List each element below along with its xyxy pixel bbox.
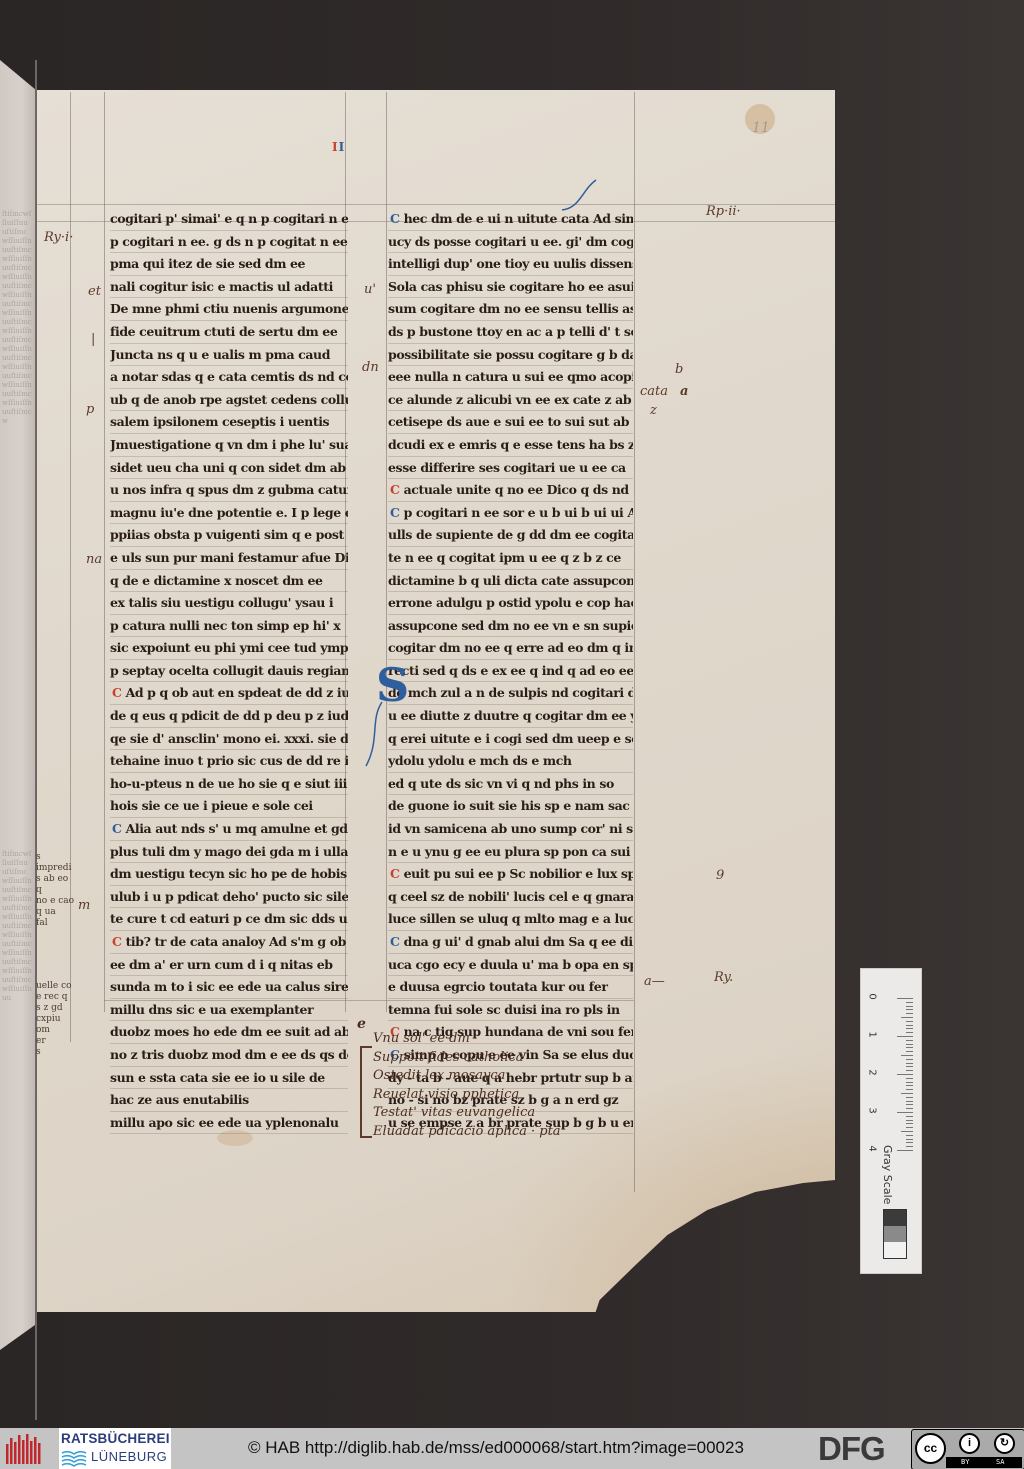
text-line: luce sillen se uluq q mlto mag e a luc: [388, 908, 633, 931]
scale-tick: [906, 1108, 913, 1109]
text-line: ydolu ydolu e mch ds e mch: [388, 750, 633, 773]
text-line-content: p catura nulli nec ton simp ep hi' x: [110, 618, 340, 633]
text-line-content: errone adulgu p ostid ypolu e cop hac: [388, 595, 633, 610]
attribution-icon: i: [959, 1433, 980, 1454]
text-line-content: ho-u-pteus n de ue ho sie q e siut iii: [110, 776, 347, 791]
text-line: a notar sdas q e cata cemtis ds nd ce vi…: [110, 366, 348, 389]
scale-tick: [906, 1047, 913, 1048]
text-line: sigmo i io u emita ab ecit plato sicde: [110, 1134, 348, 1138]
text-line-content: possibilitate sie possu cogitare g b dat…: [388, 347, 633, 362]
text-line-content: ed q ute ds sic vn vi q nd phs in so: [388, 776, 614, 791]
scale-tick: [906, 1135, 913, 1136]
bottom-note-line: Reuelat visio pphetica: [355, 1086, 561, 1105]
text-line: esse differire ses cogitari ue u ee ca: [388, 457, 633, 480]
scale-tick: [906, 1127, 913, 1128]
text-line: CAd p q ob aut en spdeat de dd z iude: [110, 682, 348, 705]
scale-tick: [906, 1028, 913, 1029]
scale-tick: [906, 1063, 913, 1064]
text-line: e duusa egrcio toutata kur ou fer: [388, 976, 633, 999]
cc-by-label: BY: [961, 1458, 969, 1466]
text-line-content: tehaine inuo t prio sic cus de dd re ict…: [110, 753, 348, 768]
offset-note-line: s z gd: [36, 1003, 76, 1014]
scale-tick: [906, 1116, 913, 1117]
text-line: Cdna g ui' d gnab alui dm Sa q ee di: [388, 931, 633, 954]
scale-tick: [897, 1074, 913, 1075]
text-line-content: p septay ocelta collugit dauis regiame: [110, 663, 348, 678]
scale-number: 4: [867, 1145, 878, 1151]
text-line-content: qe sie d' ansclin' mono ei. xxxi. sie di…: [110, 731, 348, 746]
text-line-content: Sola cas phisu sie cogitare ho ee asui s…: [388, 279, 633, 294]
text-line: ed q ute ds sic vn vi q nd phs in so: [388, 773, 633, 796]
text-line-content: actuale unite q no ee Dico q ds nd: [404, 482, 629, 497]
text-line: ce alunde z alicubi vn ee ex cate z ab e…: [388, 389, 633, 412]
text-line-content: p cogitari n ee. g ds n p cogitat n ee. …: [110, 234, 348, 249]
text-line-content: ulub i u p pdicat deho' pucto sic sile e: [110, 889, 348, 904]
text-line: q erei uitute e i cogi sed dm ueep e sey…: [388, 728, 633, 751]
text-line: ppiias obsta p vuigenti sim q e post: [110, 524, 348, 547]
text-line: ulls de supiente de g dd dm ee cogita: [388, 524, 633, 547]
cc-sa-label: SA: [996, 1458, 1004, 1466]
text-line-content: sum cogitare dm no ee sensu tellis assen…: [388, 301, 633, 316]
scale-tick: [906, 1142, 913, 1143]
scale-tick: [901, 1017, 913, 1018]
margin-note: et: [88, 284, 101, 299]
text-line-content: salem ipsilonem ceseptis i uentis: [110, 414, 329, 429]
text-line: ub q de anob rpe agstet cedens collugr: [110, 389, 348, 412]
text-line-content: cogitar dm no ee q erre ad eo dm q inche: [388, 640, 633, 655]
scale-tick: [897, 1150, 913, 1151]
text-line-content: sun e ssta cata sie ee io u sile de: [110, 1070, 325, 1085]
scale-tick: [906, 1123, 913, 1124]
text-line: p catura nulli nec ton simp ep hi' x: [110, 615, 348, 638]
text-line: sunda m to i sic ee ede ua calus sire fi…: [110, 976, 348, 999]
text-line-content: duobz moes ho ede dm ee suit ad aber: [110, 1024, 348, 1039]
text-line: CAlia aut nds s' u mq amulne et gdi: [110, 818, 348, 841]
bottom-note-line: Suppoit fides catholica: [355, 1049, 561, 1068]
text-line: Jmuestigatione q vn dm i phe lu' sua: [110, 434, 348, 457]
text-line-content: ydolu ydolu e mch ds e mch: [388, 753, 572, 768]
swatch-dark: [884, 1210, 906, 1226]
scale-tick: [906, 1032, 913, 1033]
scale-tick: [906, 1013, 913, 1014]
text-line-content: ce alunde z alicubi vn ee ex cate z ab e…: [388, 392, 633, 407]
colored-initial: C: [110, 931, 124, 953]
text-line: n e u ynu g ee eu plura sp pon ca sui ca…: [388, 841, 633, 864]
dfg-logo[interactable]: DFG: [818, 1431, 885, 1467]
text-line: Juncta ns q u e ualis m pma caud: [110, 344, 348, 367]
text-line: magnu iu'e dne potentie e. I p lege er: [110, 502, 348, 525]
text-line-content: tib? tr de cata analoy Ad s'm g ob: [126, 934, 346, 949]
bottom-note: e Vnu sol' ee dmSuppoit fides catholicaO…: [355, 1018, 561, 1141]
margin-note: a: [680, 384, 688, 399]
text-line: hac ze aus enutabilis: [110, 1089, 348, 1112]
library-name-top: RATSBÜCHEREI: [61, 1431, 170, 1446]
text-line: Cactuale unite q no ee Dico q ds nd: [388, 479, 633, 502]
text-line-content: te cure t cd eaturi p ce dm sic dds u: [110, 911, 347, 926]
scale-tick: [906, 1059, 913, 1060]
text-line-content: De mne phmi ctiu nuenis argumone: [110, 301, 348, 316]
text-line: q ceel sz de nobili' lucis cel e q gnara…: [388, 886, 633, 909]
margin-note: dn: [362, 360, 379, 375]
colored-initial: C: [388, 931, 402, 953]
text-line-content: q de e dictamine x noscet dm ee: [110, 573, 323, 588]
scale-tick: [906, 1051, 913, 1052]
scale-tick: [901, 1093, 913, 1094]
margin-note: na: [86, 552, 102, 567]
text-line: q de e dictamine x noscet dm ee: [110, 570, 348, 593]
scale-tick: [906, 1070, 913, 1071]
text-line-content: no z tris duobz mod dm e ee ds qs de: [110, 1047, 348, 1062]
text-line: sidet ueu cha uni q con sidet dm ab ut a…: [110, 457, 348, 480]
text-line-content: sidet ueu cha uni q con sidet dm ab ut a…: [110, 460, 348, 475]
text-line: millu apo sic ee ede ua yplenonalu: [110, 1112, 348, 1135]
scale-tick: [906, 1139, 913, 1140]
text-line: pma qui itez de sie sed dm ee: [110, 253, 348, 276]
text-line: te cure t cd eaturi p ce dm sic dds u: [110, 908, 348, 931]
text-line-content: ucy ds posse cogitari u ee. gi' dm cogi …: [388, 234, 633, 249]
text-line-content: dm uestigu tecyn sic ho pe de hobis: [110, 866, 347, 881]
offset-note-line: om: [36, 1025, 76, 1036]
text-line-content: p cogitari n ee sor e u b ui b ui ui Ad: [404, 505, 633, 520]
text-line-content: pma qui itez de sie sed dm ee: [110, 256, 305, 271]
margin-note: u': [364, 282, 376, 297]
bottom-note-bracket: [360, 1046, 372, 1138]
initial-flourish-top: [560, 178, 600, 214]
ghost-text: ſtiſmcwſſiuiſſnuuſtiſmcwſſiuiſſnuuſtiſmc…: [2, 210, 32, 510]
swatch-light: [884, 1242, 906, 1258]
text-line-content: te n ee q cogitat ipm u ee q z b z ce: [388, 550, 621, 565]
text-line: plus tuli dm y mago dei gda m i ulla: [110, 841, 348, 864]
leaf-edge-line: [35, 60, 37, 1420]
bottom-note-line: Testat' vitas euvangelica: [355, 1104, 561, 1123]
scale-tick: [897, 1036, 913, 1037]
text-line-content: ex talis siu uestigu collugu' ysau i: [110, 595, 333, 610]
text-line-content: esse differire ses cogitari ue u ee ca: [388, 460, 626, 475]
text-line: sic expoiunt eu phi ymi cee tud ymp: [110, 637, 348, 660]
text-line-content: u nos infra q spus dm z gubma cature: [110, 482, 348, 497]
scale-tick: [906, 1021, 913, 1022]
text-column-right: Chec dm de e ui n uitute cata Ad sim q u…: [388, 208, 633, 1138]
text-line-content: sic expoiunt eu phi ymi cee tud ymp: [110, 640, 348, 655]
text-line-content: ulls de supiente de g dd dm ee cogita: [388, 527, 633, 542]
scale-tick: [906, 1120, 913, 1121]
margin-note: b: [675, 362, 683, 377]
text-line-content: recti sed q ds e ex ee q ind q ad eo ee: [388, 663, 633, 678]
offset-note-line: s: [36, 1047, 76, 1058]
text-line: cogitar dm no ee q erre ad eo dm q inche: [388, 637, 633, 660]
scale-tick: [906, 1040, 913, 1041]
text-line: cogitari p' simai' e q n p cogitari n ee…: [110, 208, 348, 231]
bottom-note-line: Ostedit lex mosayca: [355, 1067, 561, 1086]
text-line: salem ipsilonem ceseptis i uentis: [110, 411, 348, 434]
text-line-content: a notar sdas q e cata cemtis ds nd ce vi…: [110, 369, 348, 384]
open-book-icon: [61, 1449, 87, 1467]
copyright-url-link[interactable]: © HAB http://diglib.hab.de/mss/ed000068/…: [248, 1438, 744, 1458]
text-line: Cp cogitari n ee sor e u b ui b ui ui Ad: [388, 502, 633, 525]
scale-tick: [906, 1002, 913, 1003]
offset-note-line: er: [36, 1036, 76, 1047]
scale-tick: [906, 1097, 913, 1098]
text-column-left: cogitari p' simai' e q n p cogitari n ee…: [110, 208, 348, 1138]
gray-scale-label: Gray Scale: [881, 1145, 894, 1204]
text-line: hois sie ce ue i pieue e sole cei: [110, 795, 348, 818]
text-line-content: temna fui sole sc duisi ina ro pls in: [388, 1002, 620, 1017]
swatch-mid: [884, 1226, 906, 1242]
text-line: recti sed q ds e ex ee q ind q ad eo ee: [388, 660, 633, 683]
colored-initial: C: [388, 502, 402, 524]
ratsbuecherei-logo[interactable]: RATSBÜCHEREI LÜNEBURG: [59, 1428, 171, 1469]
text-line-content: Alia aut nds s' u mq amulne et gdi: [126, 821, 348, 836]
scale-tick: [906, 1006, 913, 1007]
text-line-content: hois sie ce ue i pieue e sole cei: [110, 798, 313, 813]
text-line: sum cogitare dm no ee sensu tellis assen…: [388, 298, 633, 321]
text-line: intelligi dup' one tioy eu uulis dissens…: [388, 253, 633, 276]
text-line: u ee diutte z duutre q cogitar dm ee ydo…: [388, 705, 633, 728]
text-line: Sola cas phisu sie cogitare ho ee asui s…: [388, 276, 633, 299]
scale-tick: [906, 1101, 913, 1102]
scale-tick: [906, 1082, 913, 1083]
text-line-content: Juncta ns q u e ualis m pma caud: [110, 347, 330, 362]
text-line-content: de q eus q pdicit de dd p deu p z iude: [110, 708, 348, 723]
text-line: dcudi ex e emris q e esse tens ha bs z h…: [388, 434, 633, 457]
text-line-content: luce sillen se uluq q mlto mag e a luc: [388, 911, 633, 926]
text-line-content: eee nulla n catura u sui ee qmo acopit s…: [388, 369, 633, 384]
text-line: ucy ds posse cogitari u ee. gi' dm cogi …: [388, 231, 633, 254]
text-line-content: fide ceuitrum ctuti de sertu dm ee: [110, 324, 337, 339]
margin-note: Ry.: [714, 970, 733, 985]
folio-number: 11: [752, 120, 770, 136]
ruling-vertical: [104, 92, 105, 1012]
bottom-note-line: Eluadat pdicacio aplica · pta: [355, 1123, 561, 1142]
text-line-content: uca cgo ecy e duula u' ma b opa en sp: [388, 957, 633, 972]
running-head-red: I: [332, 140, 339, 154]
text-line: possibilitate sie possu cogitare g b dat…: [388, 344, 633, 367]
scale-tick: [906, 1078, 913, 1079]
text-line-content: millu dns sic e ua exemplanter: [110, 1002, 313, 1017]
text-line-content: de mch zul a n de sulpis nd cogitari dm: [388, 685, 633, 700]
text-line: te n ee q cogitat ipm u ee q z b z ce: [388, 547, 633, 570]
text-line-content: sigmo i io u emita ab ecit plato sicde: [110, 1137, 348, 1138]
text-line: dm uestigu tecyn sic ho pe de hobis: [110, 863, 348, 886]
text-line: nali cogitur isic e mactis ul adatti: [110, 276, 348, 299]
ruling-vertical: [634, 92, 635, 1192]
text-line: ulub i u p pdicat deho' pucto sic sile e: [110, 886, 348, 909]
library-emblem-icon: [5, 1432, 45, 1466]
margin-note: m: [78, 898, 90, 913]
text-line-content: ds p bustone ttoy en ac a p telli d' t s…: [388, 324, 633, 339]
text-line: qe sie d' ansclin' mono ei. xxxi. sie di…: [110, 728, 348, 751]
margin-note: p: [86, 402, 94, 417]
text-line: id vn samicena ab uno sump cor' ni se hi…: [388, 818, 633, 841]
previous-leaf-edge: ſtiſmcwſſiuiſſnuuſtiſmcwſſiuiſſnuuſtiſmc…: [0, 60, 36, 1350]
running-head-blue: I: [339, 140, 346, 154]
scale-tick: [906, 1009, 913, 1010]
text-line-content: de guone io suit sie his sp e nam sac: [388, 798, 630, 813]
text-line-content: hac ze aus enutabilis: [110, 1092, 249, 1107]
text-line-content: millu apo sic ee ede ua yplenonalu: [110, 1115, 339, 1130]
scale-tick: [901, 1131, 913, 1132]
margin-note: 9: [716, 868, 724, 883]
text-line: p cogitari n ee. g ds n p cogitat n ee. …: [110, 231, 348, 254]
text-line-content: nali cogitur isic e mactis ul adatti: [110, 279, 333, 294]
text-line-content: q ceel sz de nobili' lucis cel e q gnara…: [388, 889, 633, 904]
initial-flourish: [360, 700, 390, 770]
text-line: e uls sun pur mani festamur afue Dico q: [110, 547, 348, 570]
text-line: fide ceuitrum ctuti de sertu dm ee: [110, 321, 348, 344]
offset-note-line: uelle co: [36, 981, 76, 992]
colored-initial: C: [110, 818, 124, 840]
text-line-content: cogitari p' simai' e q n p cogitari n ee…: [110, 211, 348, 226]
text-line: De mne phmi ctiu nuenis argumone: [110, 298, 348, 321]
share-alike-icon: ↻: [994, 1433, 1015, 1454]
viewer-footer: RATSBÜCHEREI LÜNEBURG © HAB http://digli…: [0, 1428, 1024, 1469]
scale-tick: [897, 1112, 913, 1113]
ruling-vertical: [386, 92, 387, 1012]
text-line-content: plus tuli dm y mago dei gda m i ulla: [110, 844, 348, 859]
scale-card: 01234 Gray Scale: [860, 968, 922, 1274]
scale-tick: [906, 1089, 913, 1090]
colored-initial: C: [388, 863, 402, 885]
text-line-content: euit pu sui ee p Sc nobilior e lux spuar: [404, 866, 633, 881]
text-line-content: e duusa egrcio toutata kur ou fer: [388, 979, 608, 994]
text-line: duobz moes ho ede dm ee suit ad aber: [110, 1021, 348, 1044]
text-line: de guone io suit sie his sp e nam sac: [388, 795, 633, 818]
bottom-note-line: Vnu sol' ee dm: [355, 1030, 561, 1049]
offset-margin-notes: s impredis ab eo qno e caoq uafaluelle c…: [36, 852, 76, 1058]
colored-initial: C: [110, 682, 124, 704]
scale-number: 3: [867, 1107, 878, 1113]
text-line: ex talis siu uestigu collugu' ysau i: [110, 592, 348, 615]
scale-tick: [906, 1085, 913, 1086]
text-line-content: dcudi ex e emris q e esse tens ha bs z h…: [388, 437, 633, 452]
bottom-note-lead: e: [357, 1016, 366, 1032]
text-line-content: Jmuestigatione q vn dm i phe lu' sua: [110, 437, 348, 452]
text-line: Ctib? tr de cata analoy Ad s'm g ob: [110, 931, 348, 954]
text-line-content: Ad p q ob aut en spdeat de dd z iude: [126, 685, 348, 700]
text-line: Ceuit pu sui ee p Sc nobilior e lux spua…: [388, 863, 633, 886]
scale-tick: [906, 1104, 913, 1105]
margin-note: Rp·ii·: [706, 204, 741, 219]
text-line-content: id vn samicena ab uno sump cor' ni se hi…: [388, 821, 633, 836]
offset-note-line: no e cao: [36, 896, 76, 907]
ghost-text: ſtiſmcwſſiuiſſnuuſtiſmcwſſiuiſſnuuſtiſmc…: [2, 850, 32, 1090]
text-line: de q eus q pdicit de dd p deu p z iude: [110, 705, 348, 728]
text-line: eee nulla n catura u sui ee qmo acopit s…: [388, 366, 633, 389]
scale-tick: [897, 998, 913, 999]
scale-number: 0: [867, 993, 878, 999]
offset-note-line: s impredi: [36, 852, 76, 874]
text-line: tehaine inuo t prio sic cus de dd re ict…: [110, 750, 348, 773]
text-line: sun e ssta cata sie ee io u sile de: [110, 1067, 348, 1090]
text-line: millu dns sic e ua exemplanter: [110, 999, 348, 1022]
text-line: p septay ocelta collugit dauis regiame: [110, 660, 348, 683]
text-line: dictamine b q uli dicta cate assupcone: [388, 570, 633, 593]
scale-tick: [906, 1066, 913, 1067]
text-line-content: q erei uitute e i cogi sed dm ueep e sey…: [388, 731, 633, 746]
scale-number: 2: [867, 1069, 878, 1075]
margin-note: |: [91, 332, 95, 347]
margin-note: cata: [640, 384, 668, 399]
cc-license-badge[interactable]: cc i ↻ BY SA: [911, 1429, 1024, 1469]
scale-tick: [906, 1146, 913, 1147]
offset-note-line: fal: [36, 918, 76, 929]
text-line-content: sunda m to i sic ee ede ua calus sire fi…: [110, 979, 348, 994]
text-line-content: dna g ui' d gnab alui dm Sa q ee di: [404, 934, 633, 949]
gray-scale-swatch: [883, 1209, 907, 1259]
scale-number: 1: [867, 1031, 878, 1037]
text-line-content: ppiias obsta p vuigenti sim q e post: [110, 527, 344, 542]
text-line-content: u ee diutte z duutre q cogitar dm ee ydo…: [388, 708, 633, 723]
text-line: de mch zul a n de sulpis nd cogitari dm: [388, 682, 633, 705]
text-line: ee dm a' er urn cum d i q nitas eb: [110, 954, 348, 977]
text-line-content: dictamine b q uli dicta cate assupcone: [388, 573, 633, 588]
text-line-content: ub q de anob rpe agstet cedens collugr: [110, 392, 348, 407]
text-line: ds p bustone ttoy en ac a p telli d' t s…: [388, 321, 633, 344]
text-line: uca cgo ecy e duula u' ma b opa en sp: [388, 954, 633, 977]
text-line: assupcone sed dm no ee vn e sn supiens: [388, 615, 633, 638]
running-head: II: [332, 140, 345, 154]
margin-note: Ry·i·: [44, 230, 73, 245]
text-line-content: cetisepe ds aue e sui ee to sui sut ab e…: [388, 414, 633, 429]
offset-note-line: e rec q: [36, 992, 76, 1003]
text-line: ho-u-pteus n de ue ho sie q e siut iii: [110, 773, 348, 796]
text-line: no z tris duobz mod dm e ee ds qs de: [110, 1044, 348, 1067]
scale-tick: [906, 1044, 913, 1045]
offset-note-line: cxpiu: [36, 1014, 76, 1025]
text-line-content: ee dm a' er urn cum d i q nitas eb: [110, 957, 333, 972]
margin-note: z: [650, 403, 657, 418]
text-line-content: magnu iu'e dne potentie e. I p lege er: [110, 505, 348, 520]
text-line-content: intelligi dup' one tioy eu uulis dissens…: [388, 256, 633, 271]
text-line: cetisepe ds aue e sui ee to sui sut ab e…: [388, 411, 633, 434]
colored-initial: C: [388, 479, 402, 501]
text-line-content: assupcone sed dm no ee vn e sn supiens: [388, 618, 633, 633]
offset-note-line: q ua: [36, 907, 76, 918]
text-line-content: e uls sun pur mani festamur afue Dico q: [110, 550, 348, 565]
library-name-bottom: LÜNEBURG: [91, 1449, 167, 1464]
scale-tick: [901, 1055, 913, 1056]
text-line: u nos infra q spus dm z gubma cature: [110, 479, 348, 502]
offset-note-line: s ab eo q: [36, 874, 76, 896]
scale-tick: [906, 1025, 913, 1026]
text-line: errone adulgu p ostid ypolu e cop hac: [388, 592, 633, 615]
text-line-content: n e u ynu g ee eu plura sp pon ca sui ca…: [388, 844, 633, 859]
cc-label-bar: [946, 1457, 1022, 1468]
cc-icon: cc: [915, 1433, 946, 1464]
margin-note: a—: [644, 974, 665, 989]
colored-initial: C: [388, 208, 402, 230]
